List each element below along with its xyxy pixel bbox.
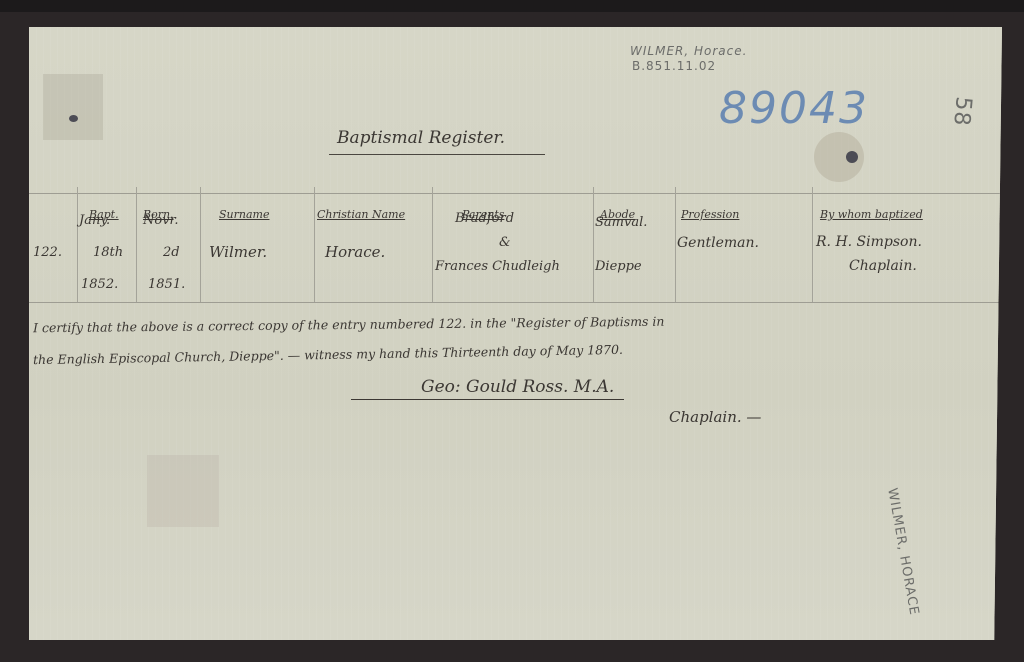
archive-reference-annotation: B.851.11.02 — [632, 59, 716, 73]
entry-number: 122. — [33, 245, 62, 260]
document-title: Baptismal Register. — [329, 128, 545, 155]
table-bottom-rule — [29, 302, 1002, 303]
column-divider — [136, 187, 137, 302]
archive-number-annotation: 89043 — [719, 83, 869, 134]
born-month: Novr. — [143, 213, 178, 228]
header-christian-name: Christian Name — [317, 208, 405, 221]
corner-number-annotation: 58 — [948, 95, 976, 127]
born-day: 2d — [163, 245, 180, 260]
signature: Geo: Gould Ross. M.A. — [351, 377, 624, 400]
parents-and: & — [499, 235, 511, 250]
column-divider — [200, 187, 201, 302]
parents-mother: Frances Chudleigh — [435, 259, 560, 274]
parents-father: Bradford — [455, 211, 514, 226]
side-label-annotation: WILMER, HORACE — [884, 487, 921, 617]
signature-title: Chaplain. — — [669, 408, 761, 426]
surname-value: Wilmer. — [209, 243, 267, 261]
ink-spot — [846, 151, 858, 163]
column-divider — [77, 187, 78, 302]
header-baptized-by: By whom baptized — [820, 208, 923, 221]
certificate-line-1: I certify that the above is a correct co… — [33, 314, 665, 336]
baptized-by-name: R. H. Simpson. — [816, 234, 922, 250]
certificate-line-2: the English Episcopal Church, Dieppe". —… — [33, 342, 623, 367]
column-divider — [314, 187, 315, 302]
column-divider — [432, 187, 433, 302]
ink-spot — [69, 115, 78, 122]
born-year: 1851. — [148, 277, 185, 292]
column-divider — [593, 187, 594, 302]
table-top-rule — [29, 193, 1002, 194]
baptized-month: Jany. — [79, 213, 110, 228]
profession-value: Gentleman. — [677, 235, 759, 251]
column-divider — [812, 187, 813, 302]
document-page: WILMER, Horace. B.851.11.02 89043 58 WIL… — [29, 27, 1002, 640]
christian-name-value: Horace. — [325, 243, 385, 261]
header-surname: Surname — [219, 208, 269, 221]
baptized-day: 18th — [93, 245, 123, 260]
archive-name-annotation: WILMER, Horace. — [630, 44, 747, 58]
header-profession: Profession — [681, 208, 739, 221]
abode-line2: Dieppe — [595, 259, 642, 274]
baptized-by-title: Chaplain. — [849, 258, 917, 274]
abode-line1: Samval. — [595, 215, 647, 230]
column-divider — [675, 187, 676, 302]
paper-stain — [147, 455, 219, 527]
baptized-year: 1852. — [81, 277, 118, 292]
paper-stain — [43, 74, 103, 140]
